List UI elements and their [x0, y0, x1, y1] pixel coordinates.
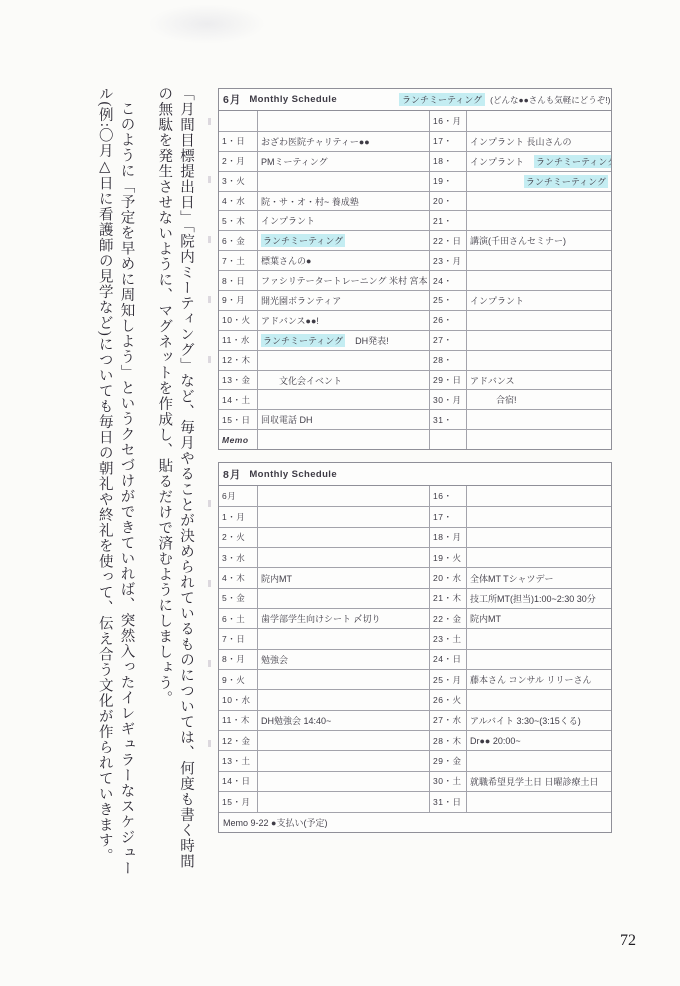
schedule-row: 4・木院内MT20・水全体MT Tシャツデー: [219, 567, 611, 587]
schedule-row: 9・火25・月藤本さん コンサル リリーさん: [219, 669, 611, 689]
schedule-row: 1・月17・: [219, 506, 611, 526]
event-cell: 歯学部学生向けシート 〆切り: [258, 609, 430, 628]
schedule-row: 8・月勉強会24・日: [219, 649, 611, 669]
event-cell: [467, 311, 611, 330]
event-cell: ファシリテータートレーニング 米村 宮本: [258, 271, 430, 290]
event-text: 勉強会: [261, 653, 288, 666]
event-cell: 院・サ・オ・村~ 養成塾: [258, 192, 430, 211]
event-cell: アドバンス: [467, 371, 611, 390]
event-cell: 藤本さん コンサル リリーさん: [467, 670, 611, 689]
event-text: 院内MT: [261, 572, 292, 585]
day-cell: 29・金: [430, 751, 467, 770]
scan-mark: [208, 118, 211, 125]
event-cell: [467, 507, 611, 526]
day-cell: 20・: [430, 192, 467, 211]
schedule-row: 3・火19・ランチミーティング: [219, 171, 611, 191]
day-cell: 26・火: [430, 690, 467, 709]
day-cell: 27・: [430, 331, 467, 350]
schedule-row: 15・日回収電話 DH31・: [219, 409, 611, 429]
event-cell: [467, 410, 611, 429]
event-cell: インプラント 長山さんの: [467, 132, 611, 151]
table-title: Monthly Schedule: [249, 469, 337, 480]
schedule-row: 11・木DH勉強会 14:40~27・水アルバイト 3:30~(3:15くる): [219, 710, 611, 730]
event-cell: [467, 192, 611, 211]
event-cell: [467, 111, 611, 131]
event-cell: ランチミーティング: [467, 172, 611, 191]
day-cell: Memo: [219, 430, 258, 449]
day-cell: 2・月: [219, 152, 258, 171]
event-cell: [467, 430, 611, 449]
scan-mark: [208, 236, 211, 243]
event-text: 技工所MT(担当)1:00~2:30 30分: [470, 592, 596, 605]
day-cell: 5・木: [219, 211, 258, 230]
event-cell: [467, 751, 611, 770]
day-cell: 3・水: [219, 548, 258, 567]
event-cell: [258, 390, 430, 409]
day-cell: 22・日: [430, 231, 467, 250]
table-body: 6月16・1・月17・2・火18・月3・水19・火4・木院内MT20・水全体MT…: [219, 486, 611, 832]
event-text: 藤本さん コンサル リリーさん: [470, 673, 592, 686]
event-cell: 全体MT Tシャツデー: [467, 568, 611, 587]
event-cell: 院内MT: [258, 568, 430, 587]
event-cell: [467, 690, 611, 709]
day-cell: 21・: [430, 211, 467, 230]
schedule-row: Memo 9-22 ●支払い(予定): [219, 812, 611, 832]
event-cell: 文化会イベント: [258, 371, 430, 390]
event-cell: Dr●● 20:00~: [467, 731, 611, 750]
table-header-note: (どんな●●さんも気軽にどうぞ!): [490, 94, 610, 106]
day-cell: 14・日: [219, 772, 258, 791]
day-cell: 29・日: [430, 371, 467, 390]
schedule-row: 7・土標葉さんの●23・月: [219, 250, 611, 270]
event-text: おざわ医院チャリティー●●: [261, 135, 370, 148]
event-cell: [258, 351, 430, 370]
day-cell: 16・: [430, 486, 467, 506]
event-text: インプラント: [470, 294, 524, 307]
day-cell: 8・月: [219, 650, 258, 669]
day-cell: 2・火: [219, 528, 258, 547]
schedule-row: 5・金21・木技工所MT(担当)1:00~2:30 30分: [219, 588, 611, 608]
event-text: 就職希望見学土日 日曜診療土日: [470, 775, 599, 788]
scan-mark: [208, 740, 211, 747]
schedule-row: 16・月: [219, 111, 611, 131]
event-text: DH発表!: [355, 334, 389, 347]
day-cell: 30・土: [430, 772, 467, 791]
day-cell: 28・木: [430, 731, 467, 750]
vertical-body-text: 「月間目標提出日」「院内ミーティング」など、毎月やることが決められているものにつ…: [74, 86, 196, 878]
event-cell: ランチミーティング: [258, 231, 430, 250]
event-text: 文化会イベント: [279, 374, 342, 387]
event-cell: [258, 670, 430, 689]
event-cell: PMミーティング: [258, 152, 430, 171]
event-cell: [258, 751, 430, 770]
day-cell: 28・: [430, 351, 467, 370]
day-cell: 4・木: [219, 568, 258, 587]
day-cell: 21・木: [430, 589, 467, 608]
event-text: アドバンス: [470, 374, 515, 387]
table-month-label: 8月: [223, 467, 241, 482]
schedule-row: 1・日おざわ医院チャリティー●●17・インプラント 長山さんの: [219, 131, 611, 151]
event-cell: [467, 211, 611, 230]
scan-mark: [208, 176, 211, 183]
day-cell: 6・金: [219, 231, 258, 250]
day-cell: 6・土: [219, 609, 258, 628]
day-cell: 13・金: [219, 371, 258, 390]
schedule-row: 4・水院・サ・オ・村~ 養成塾20・: [219, 191, 611, 211]
day-cell: 12・金: [219, 731, 258, 750]
event-text: インプラント: [261, 214, 315, 227]
event-cell: [258, 430, 430, 449]
lunch-meeting-highlight-label: ランチミーティング: [399, 93, 485, 106]
event-cell: [467, 486, 611, 506]
event-text: 全体MT Tシャツデー: [470, 572, 554, 585]
day-cell: 11・水: [219, 331, 258, 350]
day-cell: 23・月: [430, 251, 467, 270]
schedule-row: 10・水26・火: [219, 689, 611, 709]
event-cell: [467, 251, 611, 270]
day-cell: 18・: [430, 152, 467, 171]
day-cell: 24・日: [430, 650, 467, 669]
day-cell: 3・火: [219, 172, 258, 191]
day-cell: 14・土: [219, 390, 258, 409]
day-cell: 16・月: [430, 111, 467, 131]
scan-smudge: [148, 4, 266, 44]
event-cell: インプラントランチミーティング: [467, 152, 611, 171]
day-cell: 1・月: [219, 507, 258, 526]
day-cell: 6月: [219, 486, 258, 506]
table-month-label: 6月: [223, 92, 241, 107]
day-cell: 24・: [430, 271, 467, 290]
schedule-row: 14・日30・土就職希望見学土日 日曜診療土日: [219, 771, 611, 791]
day-cell: 8・日: [219, 271, 258, 290]
event-cell: [467, 331, 611, 350]
day-cell: 22・金: [430, 609, 467, 628]
schedule-row: Memo: [219, 429, 611, 449]
schedule-row: 11・水ランチミーティングDH発表!27・: [219, 330, 611, 350]
event-cell: [258, 548, 430, 567]
event-cell: [467, 650, 611, 669]
event-cell: 技工所MT(担当)1:00~2:30 30分: [467, 589, 611, 608]
scan-mark: [208, 296, 211, 303]
event-text: アルバイト 3:30~(3:15くる): [470, 714, 581, 727]
schedule-row: 14・土30・月合宿!: [219, 389, 611, 409]
event-cell: アドバンス●●!: [258, 311, 430, 330]
event-cell: [258, 589, 430, 608]
event-text: Dr●● 20:00~: [470, 736, 521, 746]
table-title: Monthly Schedule: [249, 94, 337, 105]
schedule-row: 12・木28・: [219, 350, 611, 370]
event-cell: [258, 486, 430, 506]
page-number: 72: [620, 932, 636, 950]
schedule-row: 13・土29・金: [219, 750, 611, 770]
event-highlight: ランチミーティング: [261, 334, 345, 347]
event-cell: DH勉強会 14:40~: [258, 711, 430, 730]
day-cell: 20・水: [430, 568, 467, 587]
table-header: 6月 Monthly Schedule ランチミーティング (どんな●●さんも気…: [219, 89, 611, 111]
event-text: 歯学部学生向けシート 〆切り: [261, 612, 381, 625]
event-cell: [467, 548, 611, 567]
event-cell: [258, 629, 430, 648]
event-highlight: ランチミーティング: [524, 175, 608, 188]
day-cell: [430, 430, 467, 449]
event-cell: [467, 271, 611, 290]
scan-mark: [208, 660, 211, 667]
event-text: 標葉さんの●: [261, 254, 311, 267]
day-cell: 13・土: [219, 751, 258, 770]
event-cell: ランチミーティングDH発表!: [258, 331, 430, 350]
body-paragraph-1: 「月間目標提出日」「院内ミーティング」など、毎月やることが決められているものにつ…: [153, 86, 197, 878]
event-cell: 院内MT: [467, 609, 611, 628]
day-cell: 31・: [430, 410, 467, 429]
day-cell: 19・: [430, 172, 467, 191]
body-paragraph-2: このように「予定を早めに周知しよう」というクセづけができていれば、突然入ったイレ…: [93, 86, 137, 878]
event-cell: [258, 792, 430, 811]
day-cell: 9・月: [219, 291, 258, 310]
event-cell: 回収電話 DH: [258, 410, 430, 429]
scan-mark: [208, 580, 211, 587]
event-cell: [258, 731, 430, 750]
event-cell: インプラント: [467, 291, 611, 310]
event-cell: インプラント: [258, 211, 430, 230]
event-text: 回収電話 DH: [261, 413, 313, 426]
event-cell: [467, 629, 611, 648]
event-text: アドバンス●●!: [261, 314, 319, 327]
day-cell: 9・火: [219, 670, 258, 689]
schedule-row: 6・金ランチミーティング22・日講演(千田さんセミナー): [219, 230, 611, 250]
schedule-row: 13・金文化会イベント29・日アドバンス: [219, 370, 611, 390]
day-cell: 27・水: [430, 711, 467, 730]
event-cell: [258, 172, 430, 191]
schedule-row: 2・月PMミーティング18・インプラントランチミーティング: [219, 151, 611, 171]
schedule-row: 15・月31・日: [219, 791, 611, 811]
schedule-row: 3・水19・火: [219, 547, 611, 567]
event-text: 開光園ボランティア: [261, 294, 341, 307]
day-cell: 7・土: [219, 251, 258, 270]
day-cell: 18・月: [430, 528, 467, 547]
day-cell: 1・日: [219, 132, 258, 151]
event-text: インプラント: [470, 155, 524, 168]
event-text: 院内MT: [470, 612, 501, 625]
day-cell: 26・: [430, 311, 467, 330]
event-cell: [258, 111, 430, 131]
event-cell: 講演(千田さんセミナー): [467, 231, 611, 250]
day-cell: 31・日: [430, 792, 467, 811]
day-cell: 12・木: [219, 351, 258, 370]
event-text: 講演(千田さんセミナー): [470, 234, 566, 247]
event-cell: [467, 351, 611, 370]
monthly-schedule-table-august: 8月 Monthly Schedule 6月16・1・月17・2・火18・月3・…: [218, 462, 612, 833]
day-cell: 10・水: [219, 690, 258, 709]
event-highlight: ランチミーティング: [534, 155, 611, 168]
event-text: 院・サ・オ・村~ 養成塾: [261, 195, 359, 208]
event-text: インプラント 長山さんの: [470, 135, 572, 148]
schedule-row: 6月16・: [219, 486, 611, 506]
day-cell: 4・水: [219, 192, 258, 211]
event-cell: [258, 690, 430, 709]
day-cell: 17・: [430, 132, 467, 151]
day-cell: 11・木: [219, 711, 258, 730]
schedule-row: 9・月開光園ボランティア25・インプラント: [219, 290, 611, 310]
day-cell: 30・月: [430, 390, 467, 409]
scan-mark: [208, 500, 211, 507]
event-text: DH勉強会 14:40~: [261, 714, 331, 727]
event-cell: 勉強会: [258, 650, 430, 669]
event-cell: おざわ医院チャリティー●●: [258, 132, 430, 151]
event-highlight: ランチミーティング: [261, 234, 345, 247]
schedule-row: 6・土歯学部学生向けシート 〆切り22・金院内MT: [219, 608, 611, 628]
day-cell: 7・日: [219, 629, 258, 648]
day-cell: 17・: [430, 507, 467, 526]
table-body: 16・月1・日おざわ医院チャリティー●●17・インプラント 長山さんの2・月PM…: [219, 111, 611, 449]
event-cell: 標葉さんの●: [258, 251, 430, 270]
memo-row: Memo 9-22 ●支払い(予定): [219, 813, 611, 832]
schedule-row: 2・火18・月: [219, 527, 611, 547]
event-cell: [258, 507, 430, 526]
schedule-row: 10・火アドバンス●●!26・: [219, 310, 611, 330]
schedule-row: 7・日23・土: [219, 628, 611, 648]
event-text: ファシリテータートレーニング 米村 宮本: [261, 274, 427, 287]
day-cell: 10・火: [219, 311, 258, 330]
table-header: 8月 Monthly Schedule: [219, 463, 611, 486]
scan-mark: [208, 356, 211, 363]
schedule-row: 8・日ファシリテータートレーニング 米村 宮本24・: [219, 270, 611, 290]
day-cell: 15・月: [219, 792, 258, 811]
schedule-row: 12・金28・木Dr●● 20:00~: [219, 730, 611, 750]
event-text: 合宿!: [496, 393, 517, 406]
event-cell: 就職希望見学土日 日曜診療土日: [467, 772, 611, 791]
event-cell: [467, 792, 611, 811]
day-cell: 25・: [430, 291, 467, 310]
book-page: { "page_number": "72", "body_text": { "p…: [0, 0, 680, 986]
event-cell: 開光園ボランティア: [258, 291, 430, 310]
event-text: PMミーティング: [261, 155, 328, 168]
event-cell: [258, 528, 430, 547]
schedule-row: 5・木インプラント21・: [219, 210, 611, 230]
day-cell: 5・金: [219, 589, 258, 608]
event-cell: アルバイト 3:30~(3:15くる): [467, 711, 611, 730]
event-cell: 合宿!: [467, 390, 611, 409]
day-cell: 23・土: [430, 629, 467, 648]
day-cell: 15・日: [219, 410, 258, 429]
day-cell: 19・火: [430, 548, 467, 567]
event-cell: [258, 772, 430, 791]
event-cell: [467, 528, 611, 547]
day-cell: [219, 111, 258, 131]
day-cell: 25・月: [430, 670, 467, 689]
monthly-schedule-table-june: 6月 Monthly Schedule ランチミーティング (どんな●●さんも気…: [218, 88, 612, 450]
